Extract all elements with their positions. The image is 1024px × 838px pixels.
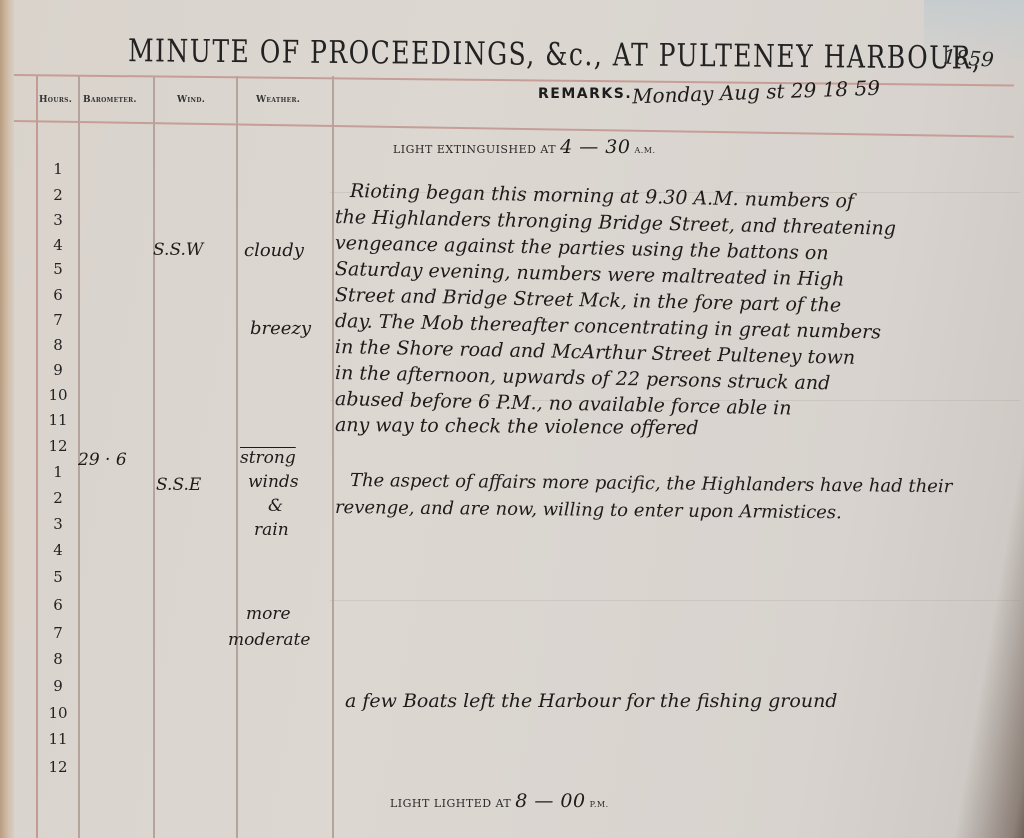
ledger-page: MINUTE OF PROCEEDINGS, &c., AT PULTENEY … <box>0 0 1024 838</box>
weather-note: & <box>268 496 283 516</box>
light-lighted-label: LIGHT LIGHTED AT 8 — 00 P.M. <box>390 790 609 812</box>
remark-line: The aspect of affairs more pacific, the … <box>350 470 952 497</box>
hour-cell: 12 <box>40 437 76 455</box>
light-extinguished-suffix: A.M. <box>634 146 655 155</box>
hour-cell: 10 <box>40 386 76 404</box>
column-header-remarks: REMARKS. <box>538 86 632 102</box>
hour-cell: 2 <box>40 186 76 204</box>
weather-note: breezy <box>250 318 311 339</box>
hour-cell: 9 <box>40 361 76 379</box>
hour-cell: 3 <box>40 211 76 229</box>
column-divider <box>36 76 38 838</box>
column-header-wind: Wind. <box>177 95 205 105</box>
hour-cell: 7 <box>40 624 76 642</box>
hour-cell: 10 <box>40 704 76 722</box>
light-extinguished-time: 4 — 30 <box>560 136 630 158</box>
weather-note: more <box>246 604 291 624</box>
light-lighted-text: LIGHT LIGHTED AT <box>390 797 511 810</box>
wind-reading: S.S.E <box>156 475 201 495</box>
hour-cell: 8 <box>40 650 76 668</box>
weather-note: winds <box>248 472 299 492</box>
hour-cell: 1 <box>40 160 76 178</box>
hour-cell: 12 <box>40 758 76 776</box>
hour-cell: 5 <box>40 260 76 278</box>
page-title: MINUTE OF PROCEEDINGS, &c., AT PULTENEY … <box>128 32 958 75</box>
hour-cell: 6 <box>40 286 76 304</box>
hour-cell: 8 <box>40 336 76 354</box>
column-divider <box>236 76 238 838</box>
ruled-line <box>330 600 1020 601</box>
weather-note: strong <box>240 448 296 468</box>
column-divider <box>153 76 155 838</box>
column-header-weather: Weather. <box>256 95 300 105</box>
light-lighted-time: 8 — 00 <box>515 790 585 812</box>
wind-reading: S.S.W <box>153 240 203 260</box>
hour-cell: 3 <box>40 515 76 533</box>
binding-edge <box>0 0 14 838</box>
hour-cell: 1 <box>40 463 76 481</box>
light-lighted-suffix: P.M. <box>590 800 609 809</box>
title-year: 1859 <box>942 44 994 71</box>
hour-cell: 5 <box>40 568 76 586</box>
weather-note: rain <box>254 520 289 540</box>
header-rule-bottom <box>14 120 1014 137</box>
hour-cell: 9 <box>40 677 76 695</box>
hour-cell: 2 <box>40 489 76 507</box>
column-divider <box>332 76 334 838</box>
column-header-barometer: Barometer. <box>83 95 137 105</box>
hour-cell: 4 <box>40 236 76 254</box>
hour-cell: 11 <box>40 730 76 748</box>
light-extinguished-text: LIGHT EXTINGUISHED AT <box>393 143 556 156</box>
weather-note: moderate <box>228 630 310 650</box>
column-header-hours: Hours. <box>39 95 72 105</box>
barometer-reading: 29 · 6 <box>78 450 127 470</box>
weather-note: cloudy <box>244 240 304 261</box>
remark-line: a few Boats left the Harbour for the fis… <box>345 690 837 712</box>
hour-cell: 7 <box>40 311 76 329</box>
remark-line: revenge, and are now, willing to enter u… <box>335 497 842 523</box>
remark-line: any way to check the violence offered <box>335 414 699 439</box>
hour-cell: 4 <box>40 541 76 559</box>
light-extinguished-label: LIGHT EXTINGUISHED AT 4 — 30 A.M. <box>393 136 656 158</box>
hour-cell: 6 <box>40 596 76 614</box>
hour-cell: 11 <box>40 411 76 429</box>
